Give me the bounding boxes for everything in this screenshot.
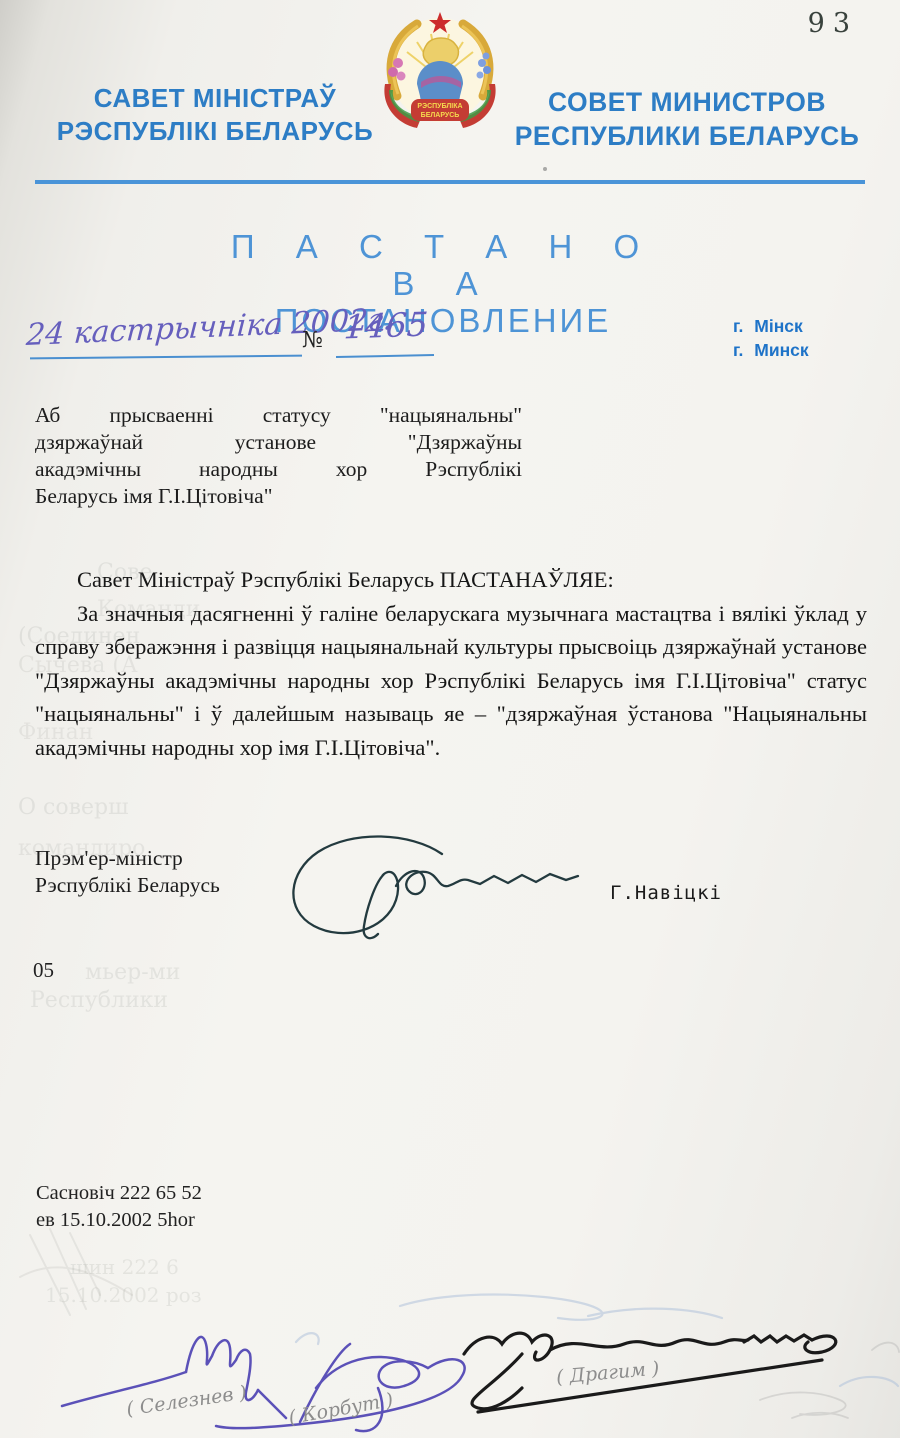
header-divider [35,180,865,184]
place-lines: г. Мінск г. Минск [733,314,809,362]
place-minsk-ru: г. Минск [733,338,809,362]
scan-speck [543,167,547,171]
handwritten-date: 24 кастрычніка 2002г. [25,302,394,353]
date-underline [30,355,302,360]
department-code: 05 [33,958,54,983]
signer-title: Прэм'ер-міністр Рэспублікі Беларусь [35,845,220,899]
subject-line: Беларусь імя Г.І.Цітовіча" [35,483,522,510]
subject-line: акадэмічны народны хор Рэспублікі [35,456,522,483]
ghost-pencil-scribbles [760,1343,899,1418]
page-number: 93 [808,8,858,39]
body-text: Савет Міністраў Рэспублікі Беларусь ПАСТ… [35,563,867,764]
bleedthrough-text: О соверш [18,795,129,820]
org-left-line1: САВЕТ МІНІСТРАЎ [22,82,408,115]
subject-block: Аб прысваенні статусу "нацыянальны" дзяр… [35,402,522,510]
place-minsk-be: г. Мінск [733,314,809,338]
org-name-russian: СОВЕТ МИНИСТРОВ РЕСПУБЛИКИ БЕЛАРУСЬ [494,86,880,154]
handwritten-number: 1465 [343,304,430,346]
executor-name-phone: Сасновіч 222 65 52 [36,1180,202,1207]
subject-line: дзяржаўнай установе "Дзяржаўны [35,429,522,456]
org-name-belarusian: САВЕТ МІНІСТРАЎ РЭСПУБЛІКІ БЕЛАРУСЬ [22,82,408,149]
org-left-line2: РЭСПУБЛІКІ БЕЛАРУСЬ [22,115,408,148]
premier-signature [270,826,590,946]
bleedthrough-text: мьер-ми [85,960,180,985]
signer-title-line1: Прэм'ер-міністр [35,845,220,872]
number-underline [336,354,434,358]
org-right-line2: РЕСПУБЛИКИ БЕЛАРУСЬ [494,120,880,154]
signer-name: Г.Навіцкі [610,882,722,904]
bleedthrough-text: Республики [30,988,168,1013]
signer-title-line2: Рэспублікі Беларусь [35,872,220,899]
approval-signature-left [62,1337,465,1431]
document-page: 93 РЭСПУБЛІКА БЕЛАРУСЬ САВЕ [0,0,900,1438]
subject-line: Аб прысваенні статусу "нацыянальны" [35,402,522,429]
emblem-ribbon-text: БЕЛАРУСЬ [421,112,460,119]
emblem-ribbon-text: РЭСПУБЛІКА [417,103,462,110]
resolution-text: За значныя дасягненні ў галіне беларуска… [35,597,867,765]
number-sign: № [302,328,323,353]
resolution-lead: Савет Міністраў Рэспублікі Беларусь ПАСТ… [35,563,867,597]
title-pastanova: П А С Т А Н О В А [218,228,668,302]
org-right-line1: СОВЕТ МИНИСТРОВ [494,86,880,120]
